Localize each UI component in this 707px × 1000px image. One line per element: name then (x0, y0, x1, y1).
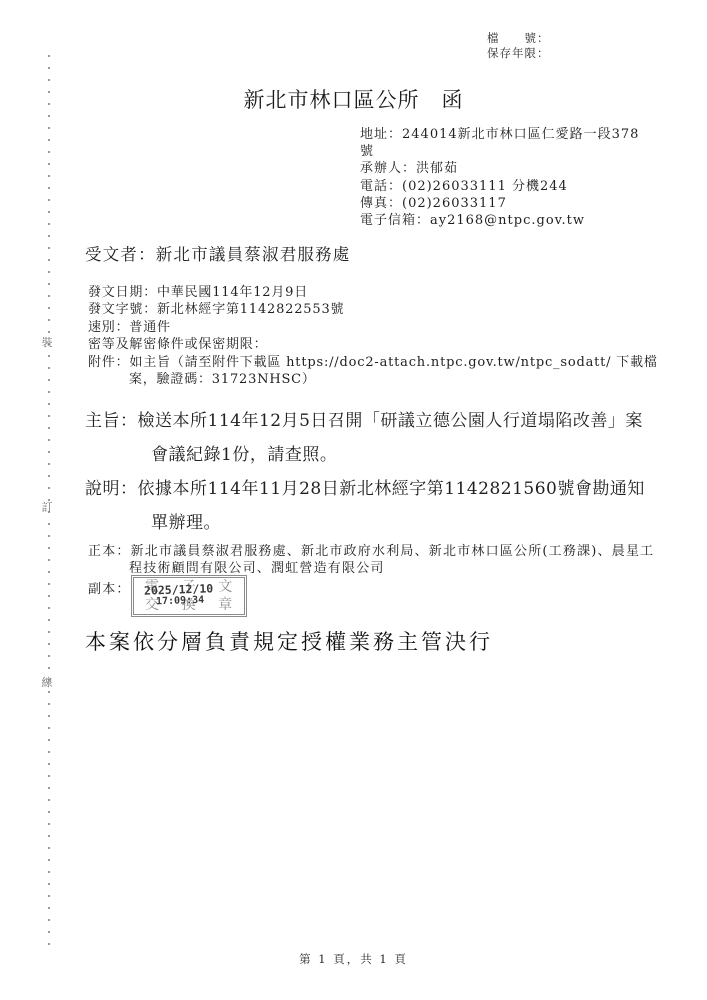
copies-block: 正本：新北市議員蔡淑君服務處、新北市政府水利局、新北市林口區公所(工務課)、晨星… (88, 543, 656, 615)
description-block: 說明：依據本所114年11月28日新北林經字第1142821560號會勘通知單辦… (85, 472, 648, 540)
sender-phone: 電話：(02)26033111 分機244 (360, 178, 639, 195)
description-label: 說明： (85, 479, 138, 499)
electronic-exchange-stamp: 電 子 文 交 換 章 2025/12/10 17:09:34 (133, 577, 245, 615)
original-label: 正本： (88, 544, 131, 559)
document-title: 新北市林口區公所 函 (0, 84, 707, 114)
delegation-statement: 本案依分層負責規定授權業務主管決行 (85, 626, 493, 656)
sender-email: 電子信箱：ay2168@ntpc.gov.tw (360, 212, 639, 229)
binding-mark-zhuang: 裝 (39, 334, 55, 350)
subject-text: 檢送本所114年12月5日召開「研議立德公園人行道塌陷改善」案會議紀錄1份，請查… (138, 411, 643, 465)
recipient-line: 受文者：新北市議員蔡淑君服務處 (85, 241, 351, 265)
description-text: 依據本所114年11月28日新北林經字第1142821560號會勘通知單辦理。 (138, 479, 645, 533)
sender-info-block: 地址：244014新北市林口區仁愛路一段378 號 承辦人：洪郁茹 電話：(02… (360, 126, 639, 229)
subject-block: 主旨：檢送本所114年12月5日召開「研議立德公園人行道塌陷改善」案會議紀錄1份… (85, 404, 648, 472)
binding-mark-ding: 訂 (39, 499, 55, 515)
original-recipients: 新北市議員蔡淑君服務處、新北市政府水利局、新北市林口區公所(工務課)、晨星工程技… (129, 544, 654, 576)
sender-address-line: 地址：244014新北市林口區仁愛路一段378 (360, 126, 639, 143)
sender-address-wrap: 號 (360, 143, 639, 160)
sender-fax: 傳真：(02)26033117 (360, 195, 639, 212)
archive-label-block: 檔 號： 保存年限： (487, 31, 550, 61)
subject-label: 主旨： (85, 411, 138, 431)
cc-label: 副本： (88, 581, 131, 598)
attachment-line: 附件：如主旨（請至附件下載區 https://doc2-attach.ntpc.… (88, 354, 663, 389)
security-line: 密等及解密條件或保密期限： (88, 336, 663, 353)
official-letter-page: 裝 訂 線 檔 號： 保存年限： 新北市林口區公所 函 地址：244014新北市… (0, 0, 707, 1000)
cc-line: 副本： 電 子 文 交 換 章 2025/12/10 17:09:34 (88, 581, 656, 615)
original-recipients-line: 正本：新北市議員蔡淑君服務處、新北市政府水利局、新北市林口區公所(工務課)、晨星… (88, 543, 656, 577)
retention-period-label: 保存年限： (487, 46, 550, 61)
meta-block: 發文日期：中華民國114年12月9日 發文字號：新北林經字第1142822553… (88, 284, 663, 388)
file-number-label: 檔 號： (487, 31, 550, 46)
binding-mark-xian: 線 (39, 674, 55, 690)
doc-number-line: 發文字號：新北林經字第1142822553號 (88, 301, 663, 318)
issue-date-line: 發文日期：中華民國114年12月9日 (88, 284, 663, 301)
page-number-footer: 第 1 頁，共 1 頁 (0, 951, 707, 967)
stamp-time: 17:09:34 (155, 591, 236, 611)
sender-contact-person: 承辦人：洪郁茹 (360, 160, 639, 177)
speed-line: 速別：普通件 (88, 319, 663, 336)
